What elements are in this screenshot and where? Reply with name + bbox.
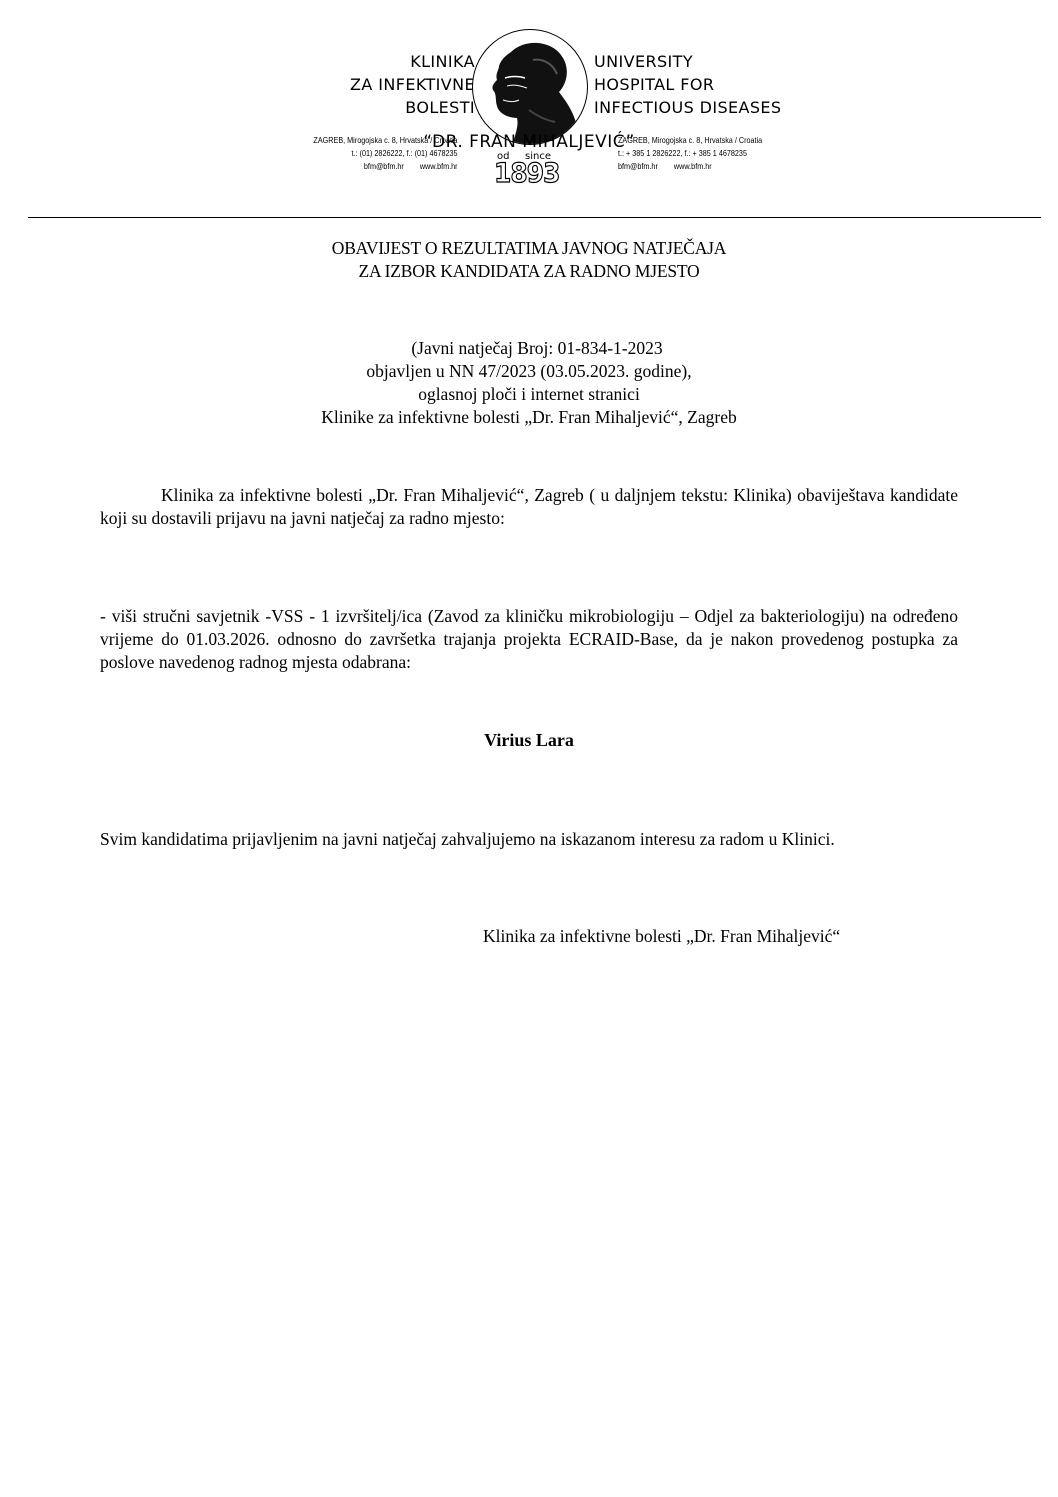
address-line: t.: (01) 2826222, f.: (01) 4678235 (314, 147, 458, 160)
signature: Klinika za infektivne bolesti „Dr. Fran … (483, 926, 840, 947)
letterhead-address-right: ZAGREB, Mirogojska c. 8, Hrvatska / Croa… (618, 137, 762, 173)
intro-paragraph: Klinika za infektivne bolesti „Dr. Fran … (100, 484, 958, 530)
letterhead-institution-name: “DR. FRAN MIHALJEVIĆ” (0, 132, 1058, 152)
address-line: ZAGREB, Mirogojska c. 8, Hrvatska / Croa… (314, 134, 458, 147)
subheading-line: (Javni natječaj Broj: 01-834-1-2023 (0, 337, 1058, 360)
letterhead-croatian-name: KLINIKA ZA INFEKTIVNE BOLESTI (350, 50, 475, 119)
letterhead-right-line: UNIVERSITY (594, 50, 781, 73)
letterhead-right-line: INFECTIOUS DISEASES (594, 96, 781, 119)
address-line: ZAGREB, Mirogojska c. 8, Hrvatska / Croa… (618, 134, 762, 147)
letterhead-address-left: ZAGREB, Mirogojska c. 8, Hrvatska / Croa… (314, 137, 458, 173)
letterhead: KLINIKA ZA INFEKTIVNE BOLESTI UNIVERSITY… (0, 0, 1058, 200)
letterhead-english-name: UNIVERSITY HOSPITAL FOR INFECTIOUS DISEA… (594, 50, 781, 119)
letterhead-left-line: ZA INFEKTIVNE (350, 73, 475, 96)
subheading-line: objavljen u NN 47/2023 (03.05.2023. godi… (0, 360, 1058, 383)
competition-reference: (Javni natječaj Broj: 01-834-1-2023 obja… (0, 337, 1058, 429)
thanks-paragraph: Svim kandidatima prijavljenim na javni n… (100, 828, 958, 851)
subheading-line: Klinike za infektivne bolesti „Dr. Fran … (0, 406, 1058, 429)
title-line: ZA IZBOR KANDIDATA ZA RADNO MJESTO (0, 260, 1058, 283)
contact-line: bfm@bfm.hr www.bfm.hr (618, 160, 762, 173)
document-title: OBAVIJEST O REZULTATIMA JAVNOG NATJEČAJA… (0, 237, 1058, 283)
title-line: OBAVIJEST O REZULTATIMA JAVNOG NATJEČAJA (0, 237, 1058, 260)
letterhead-left-line: BOLESTI (350, 96, 475, 119)
portrait-medallion-icon (472, 29, 588, 145)
selected-candidate: Virius Lara (0, 730, 1058, 751)
subheading-line: oglasnoj ploči i internet stranici (0, 383, 1058, 406)
letterhead-left-line: KLINIKA (350, 50, 475, 73)
letterhead-founding-year: 1893 (494, 158, 559, 189)
header-divider (28, 217, 1041, 218)
contact-line: bfm@bfm.hr www.bfm.hr (314, 160, 458, 173)
letterhead-right-line: HOSPITAL FOR (594, 73, 781, 96)
address-line: t.: + 385 1 2826222, f.: + 385 1 4678235 (618, 147, 762, 160)
position-paragraph: - viši stručni savjetnik -VSS - 1 izvrši… (100, 605, 958, 674)
